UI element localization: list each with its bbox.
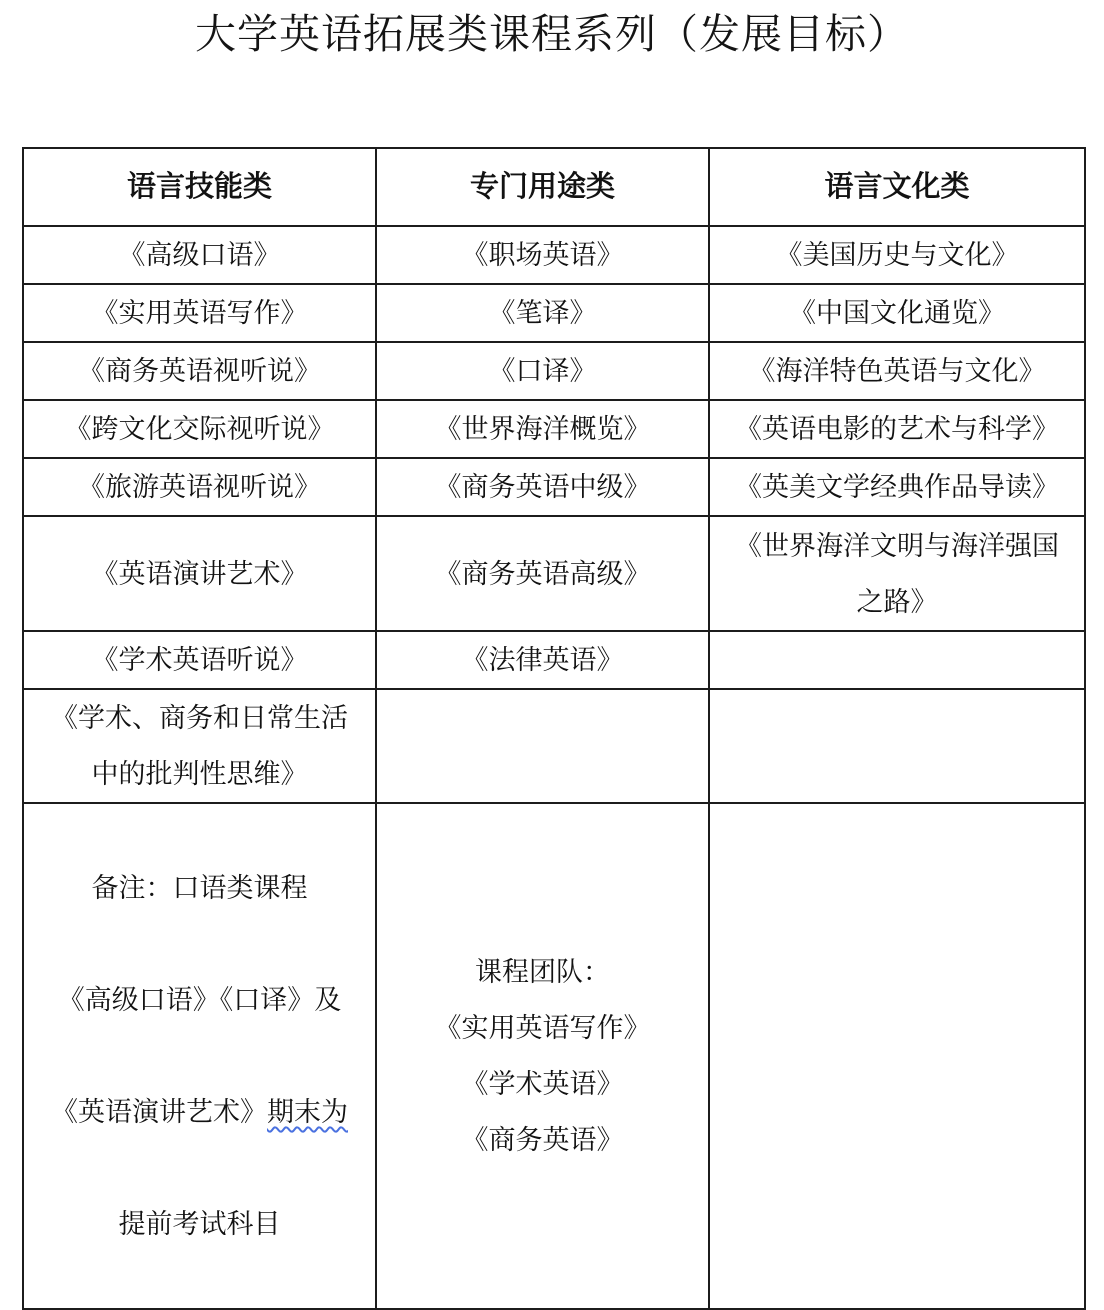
table-row: 《高级口语》 《职场英语》 《美国历史与文化》 [23,226,1085,284]
notes-line: 《英语演讲艺术》期末为 [24,1084,375,1140]
team-cell: 课程团队： 《实用英语写作》 《学术英语》 《商务英语》 [376,803,709,1309]
course-cell: 《商务英语视听说》 [23,342,376,400]
table-row: 《学术英语听说》 《法律英语》 [23,631,1085,689]
course-cell: 《实用英语写作》 [23,284,376,342]
notes-line: 《高级口语》《口译》及 [24,972,375,1028]
header-cell-language-skills: 语言技能类 [23,148,376,226]
course-cell: 《中国文化通览》 [709,284,1085,342]
courses-table: 语言技能类 专门用途类 语言文化类 《高级口语》 《职场英语》 《美国历史与文化… [22,147,1086,1310]
table-row: 《旅游英语视听说》 《商务英语中级》 《英美文学经典作品导读》 [23,458,1085,516]
notes-line: 备注：口语类课程 [24,860,375,916]
header-cell-language-culture: 语言文化类 [709,148,1085,226]
table-header-row: 语言技能类 专门用途类 语言文化类 [23,148,1085,226]
course-cell: 《学术英语听说》 [23,631,376,689]
table-row: 《英语演讲艺术》 《商务英语高级》 《世界海洋文明与海洋强国 之路》 [23,516,1085,631]
course-cell: 《法律英语》 [376,631,709,689]
empty-cell [709,689,1085,803]
spellcheck-wavy-text: 期末为 [267,1097,348,1127]
empty-cell [376,689,709,803]
header-cell-special-purpose: 专门用途类 [376,148,709,226]
course-cell: 《美国历史与文化》 [709,226,1085,284]
notes-cell: 备注：口语类课程 《高级口语》《口译》及 《英语演讲艺术》期末为 提前考试科目 [23,803,376,1309]
course-cell: 《世界海洋概览》 [376,400,709,458]
page-title: 大学英语拓展类课程系列（发展目标） [0,6,1104,62]
course-cell: 《口译》 [376,342,709,400]
course-cell: 《笔译》 [376,284,709,342]
notes-row: 备注：口语类课程 《高级口语》《口译》及 《英语演讲艺术》期末为 提前考试科目 … [23,803,1085,1309]
course-cell: 《英语演讲艺术》 [23,516,376,631]
course-cell: 《高级口语》 [23,226,376,284]
table-row: 《商务英语视听说》 《口译》 《海洋特色英语与文化》 [23,342,1085,400]
empty-cell [709,631,1085,689]
notes-line: 提前考试科目 [24,1196,375,1252]
table-row: 《实用英语写作》 《笔译》 《中国文化通览》 [23,284,1085,342]
notes-line-prefix: 《英语演讲艺术》 [51,1097,267,1127]
course-cell: 《职场英语》 [376,226,709,284]
course-cell: 《世界海洋文明与海洋强国 之路》 [709,516,1085,631]
course-cell: 《英美文学经典作品导读》 [709,458,1085,516]
course-cell: 《旅游英语视听说》 [23,458,376,516]
course-cell: 《商务英语高级》 [376,516,709,631]
course-cell: 《英语电影的艺术与科学》 [709,400,1085,458]
empty-cell [709,803,1085,1309]
table-row: 《跨文化交际视听说》 《世界海洋概览》 《英语电影的艺术与科学》 [23,400,1085,458]
table-row: 《学术、商务和日常生活 中的批判性思维》 [23,689,1085,803]
course-cell: 《学术、商务和日常生活 中的批判性思维》 [23,689,376,803]
course-cell: 《商务英语中级》 [376,458,709,516]
course-cell: 《海洋特色英语与文化》 [709,342,1085,400]
course-cell: 《跨文化交际视听说》 [23,400,376,458]
